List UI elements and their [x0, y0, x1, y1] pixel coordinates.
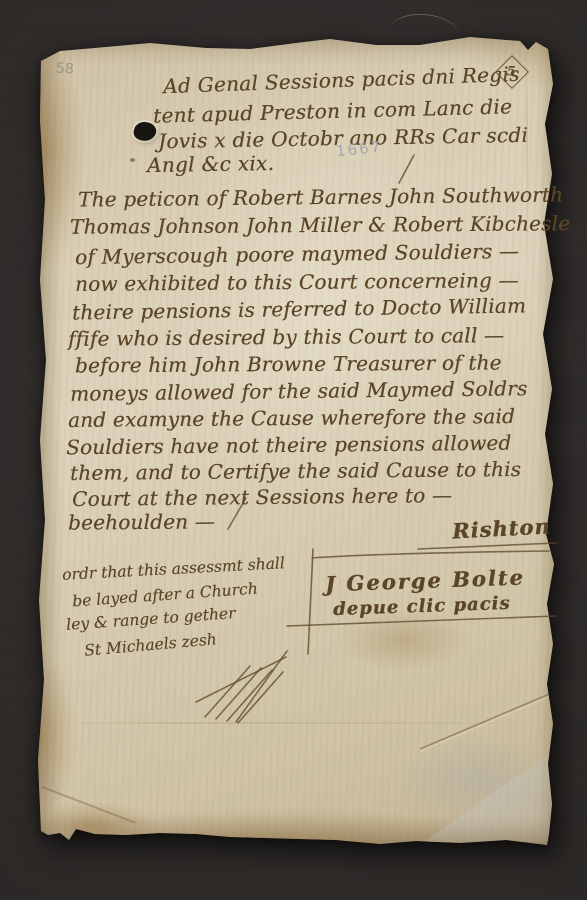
photograph-background: Ad Genal Sessions pacis dni Regis tent a… — [0, 0, 587, 900]
horizontal-crease — [44, 722, 549, 724]
folio-number: 5 — [507, 64, 516, 79]
paper-speck — [130, 158, 135, 162]
fold-crease-bottom-left — [42, 786, 136, 824]
vertical-crease — [526, 58, 528, 278]
fold-crease-bottom-right — [420, 689, 561, 750]
manuscript-paper — [36, 34, 559, 847]
fold-highlight-bottom-right — [424, 750, 554, 842]
paper-shadow-wrapper — [0, 0, 587, 900]
